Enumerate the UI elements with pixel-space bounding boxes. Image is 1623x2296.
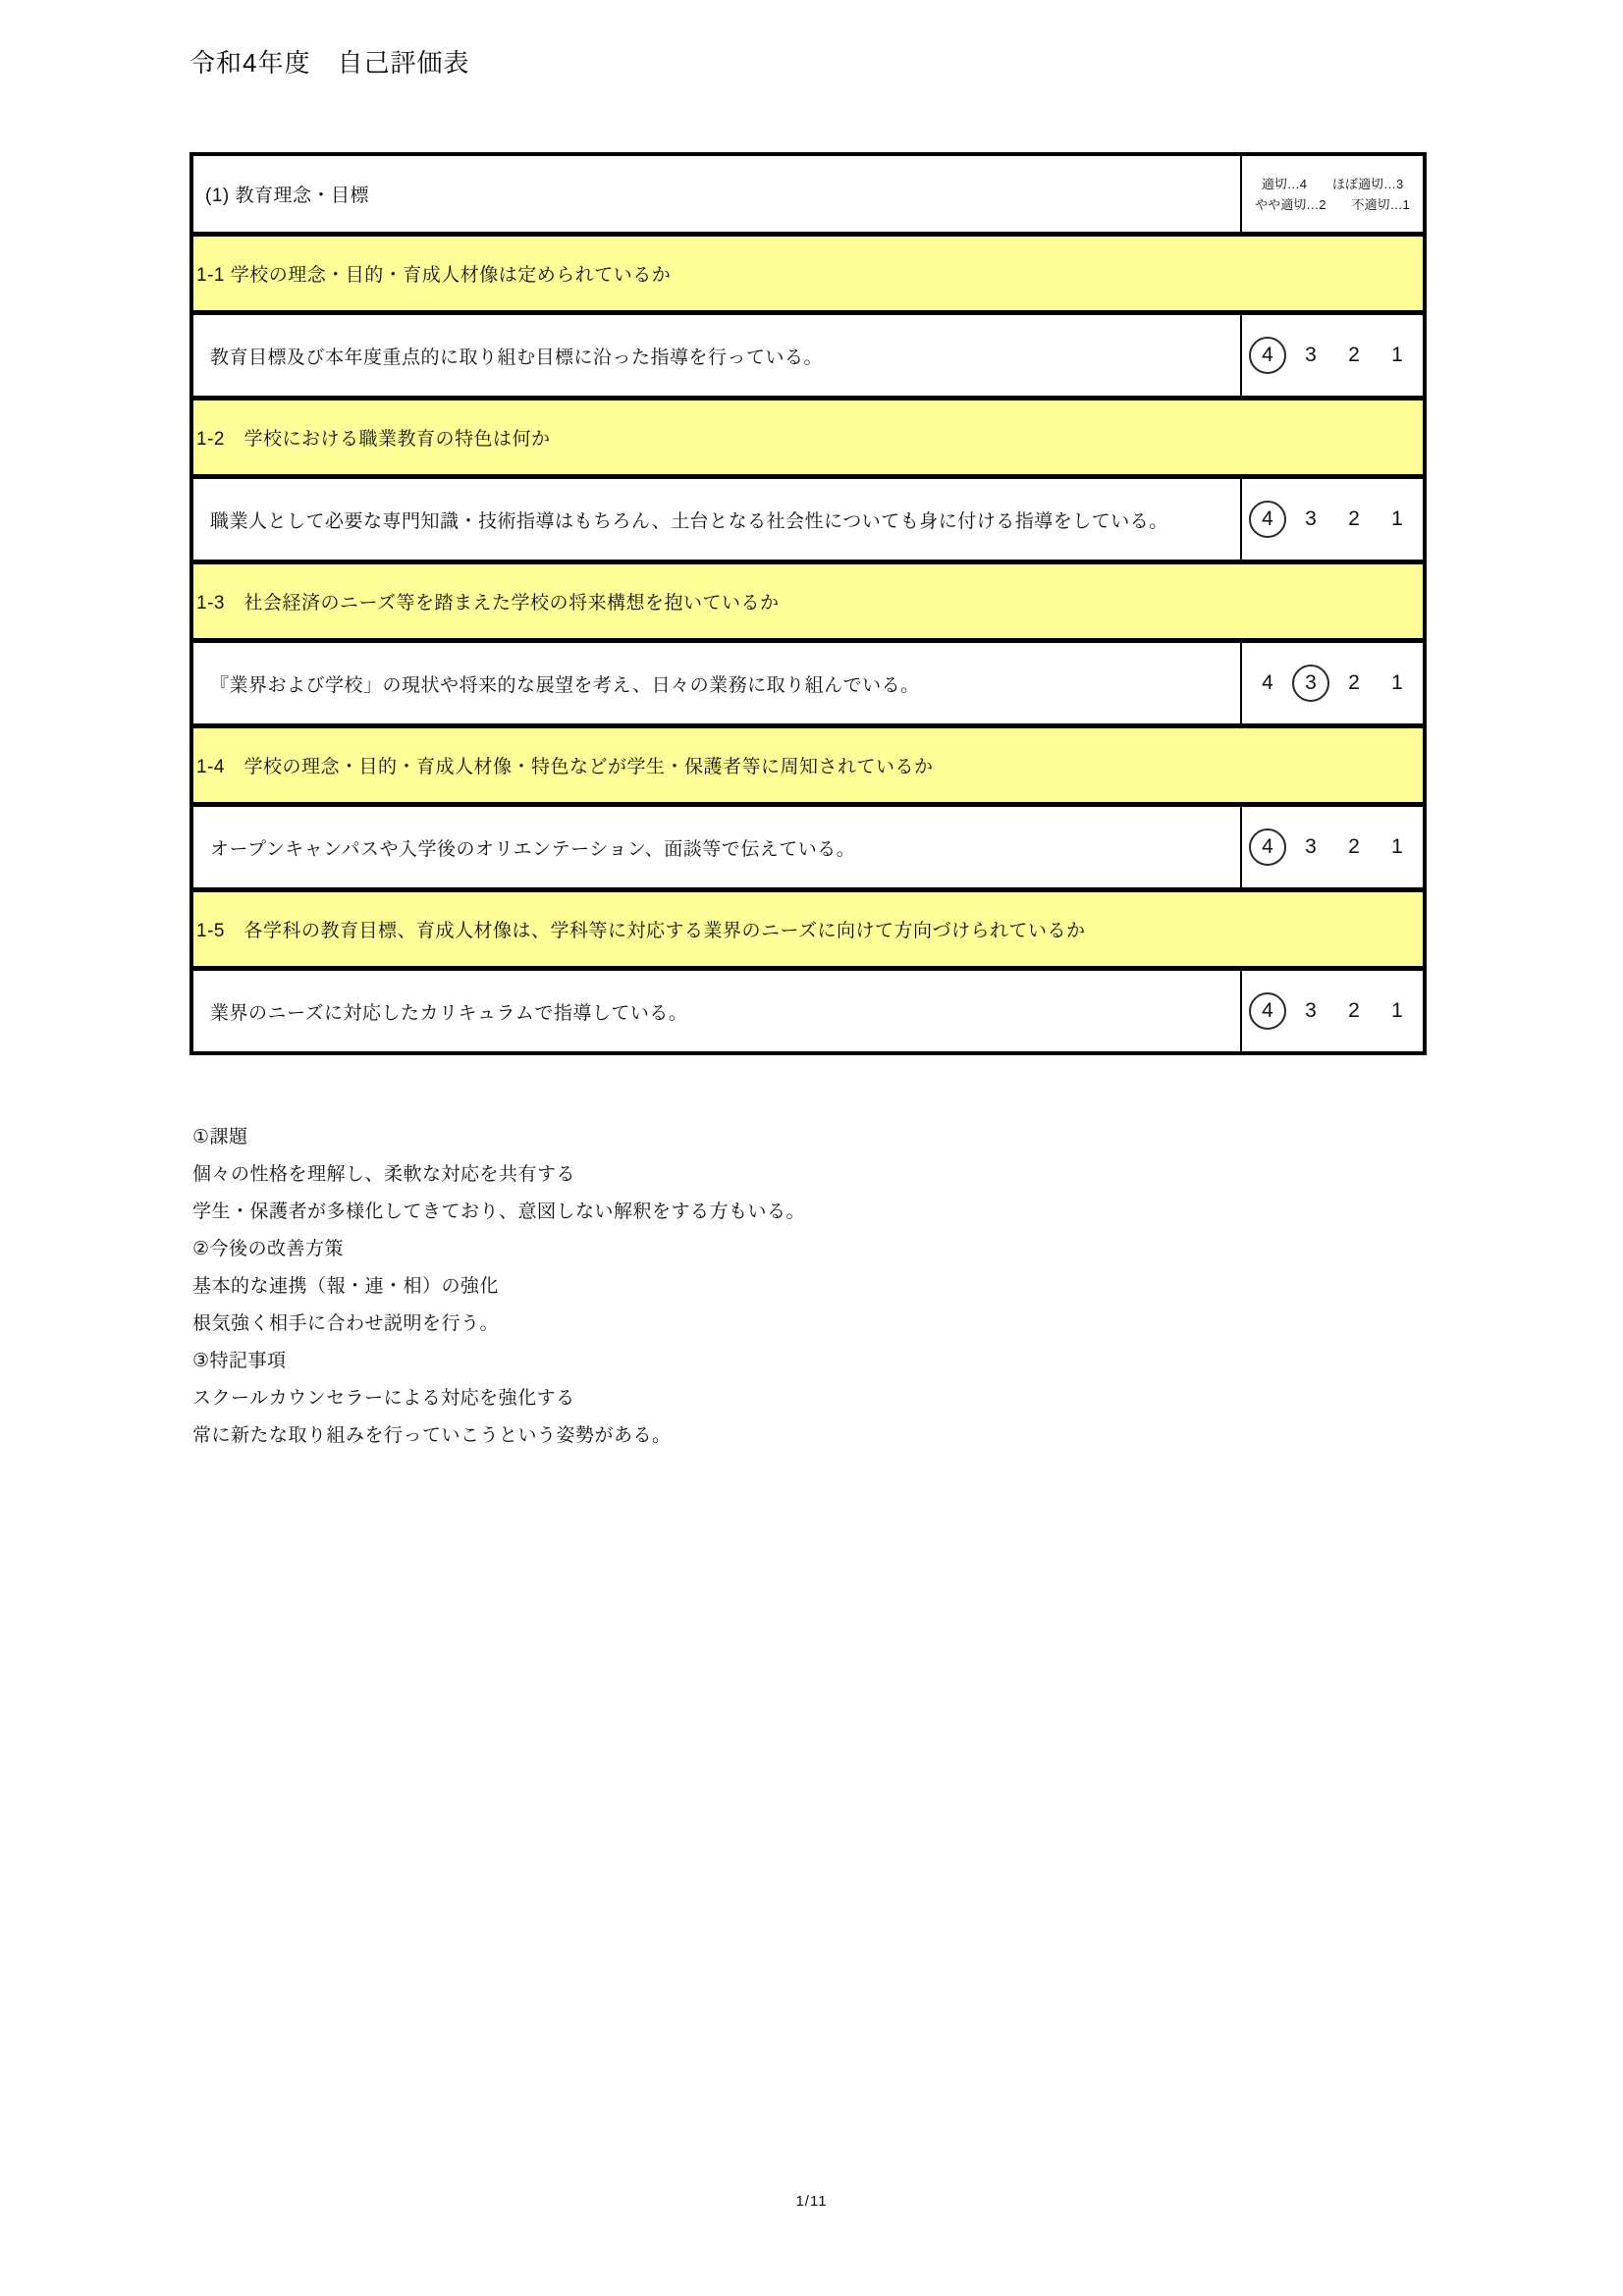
document-title: 令和4年度 自己評価表	[189, 43, 469, 80]
rating-option-3[interactable]: 3	[1292, 665, 1329, 702]
section-heading-1-3: 1-3 社会経済のニーズ等を踏まえた学校の将来構想を抱いているか	[193, 564, 1423, 638]
note-improvement-heading: ②今後の改善方策	[192, 1231, 805, 1268]
note-special-heading: ③特記事項	[192, 1343, 805, 1380]
rating-option-1[interactable]: 1	[1379, 992, 1416, 1030]
statement-row-1-5: 業界のニーズに対応したカリキュラムで指導している。 4 3 2 1	[193, 971, 1423, 1051]
rating-option-3[interactable]: 3	[1292, 337, 1329, 374]
rating-legend: 適切…4 ほぼ適切…3 やや適切…2 不適切…1	[1240, 156, 1423, 232]
statement-text-1-4: オープンキャンパスや入学後のオリエンテーション、面談等で伝えている。	[193, 807, 1240, 887]
rating-scale-1-1: 4 3 2 1	[1240, 315, 1423, 396]
section-heading-row-1-2: 1-2 学校における職業教育の特色は何か	[193, 400, 1423, 479]
rating-option-4[interactable]: 4	[1249, 337, 1286, 374]
section-heading-row-1-5: 1-5 各学科の教育目標、育成人材像は、学科等に対応する業界のニーズに向けて方向…	[193, 892, 1423, 971]
rating-option-2[interactable]: 2	[1335, 665, 1373, 702]
rating-option-1[interactable]: 1	[1379, 501, 1416, 538]
section-heading-row-1-4: 1-4 学校の理念・目的・育成人材像・特色などが学生・保護者等に周知されているか	[193, 728, 1423, 807]
rating-scale-1-2: 4 3 2 1	[1240, 479, 1423, 560]
section-heading-row-1-1: 1-1 学校の理念・目的・育成人材像は定められているか	[193, 237, 1423, 315]
section-heading-1-4: 1-4 学校の理念・目的・育成人材像・特色などが学生・保護者等に周知されているか	[193, 728, 1423, 802]
note-issues-heading: ①課題	[192, 1119, 805, 1156]
evaluation-table: (1) 教育理念・目標 適切…4 ほぼ適切…3 やや適切…2 不適切…1 1-1…	[189, 152, 1427, 1055]
rating-scale-1-3: 4 3 2 1	[1240, 643, 1423, 723]
rating-option-4[interactable]: 4	[1249, 828, 1286, 866]
section-heading-row-1-3: 1-3 社会経済のニーズ等を踏まえた学校の将来構想を抱いているか	[193, 564, 1423, 643]
section-heading-1-2: 1-2 学校における職業教育の特色は何か	[193, 400, 1423, 474]
rating-option-1[interactable]: 1	[1379, 828, 1416, 866]
note-improvement-line-2: 根気強く相手に合わせ説明を行う。	[192, 1306, 805, 1343]
table-header-row: (1) 教育理念・目標 適切…4 ほぼ適切…3 やや適切…2 不適切…1	[193, 156, 1423, 237]
statement-text-1-3: 『業界および学校」の現状や将来的な展望を考え、日々の業務に取り組んでいる。	[193, 643, 1240, 723]
note-special-line-1: スクールカウンセラーによる対応を強化する	[192, 1380, 805, 1417]
statement-row-1-2: 職業人として必要な専門知識・技術指導はもちろん、土台となる社会性についても身に付…	[193, 479, 1423, 564]
rating-option-2[interactable]: 2	[1335, 501, 1373, 538]
statement-text-1-1: 教育目標及び本年度重点的に取り組む目標に沿った指導を行っている。	[193, 315, 1240, 396]
category-title: (1) 教育理念・目標	[193, 156, 1240, 232]
statement-row-1-4: オープンキャンパスや入学後のオリエンテーション、面談等で伝えている。 4 3 2…	[193, 807, 1423, 892]
note-improvement-line-1: 基本的な連携（報・連・相）の強化	[192, 1268, 805, 1306]
notes-section: ①課題 個々の性格を理解し、柔軟な対応を共有する 学生・保護者が多様化してきてお…	[192, 1119, 805, 1455]
statement-row-1-1: 教育目標及び本年度重点的に取り組む目標に沿った指導を行っている。 4 3 2 1	[193, 315, 1423, 400]
rating-option-1[interactable]: 1	[1379, 665, 1416, 702]
note-issues-line-1: 個々の性格を理解し、柔軟な対応を共有する	[192, 1156, 805, 1194]
section-heading-1-1: 1-1 学校の理念・目的・育成人材像は定められているか	[193, 237, 1423, 310]
rating-legend-line-1: 適切…4 ほぼ適切…3	[1262, 174, 1403, 194]
note-issues-line-2: 学生・保護者が多様化してきており、意図しない解釈をする方もいる。	[192, 1194, 805, 1231]
rating-scale-1-5: 4 3 2 1	[1240, 971, 1423, 1051]
rating-option-4[interactable]: 4	[1249, 992, 1286, 1030]
rating-scale-1-4: 4 3 2 1	[1240, 807, 1423, 887]
rating-option-4[interactable]: 4	[1249, 501, 1286, 538]
rating-option-4[interactable]: 4	[1249, 665, 1286, 702]
section-heading-1-5: 1-5 各学科の教育目標、育成人材像は、学科等に対応する業界のニーズに向けて方向…	[193, 892, 1423, 966]
statement-text-1-2: 職業人として必要な専門知識・技術指導はもちろん、土台となる社会性についても身に付…	[193, 479, 1240, 560]
document-page: 令和4年度 自己評価表 (1) 教育理念・目標 適切…4 ほぼ適切…3 やや適切…	[0, 0, 1623, 2296]
rating-option-2[interactable]: 2	[1335, 992, 1373, 1030]
page-number: 1/11	[0, 2193, 1623, 2210]
rating-option-2[interactable]: 2	[1335, 828, 1373, 866]
rating-option-2[interactable]: 2	[1335, 337, 1373, 374]
statement-text-1-5: 業界のニーズに対応したカリキュラムで指導している。	[193, 971, 1240, 1051]
rating-option-1[interactable]: 1	[1379, 337, 1416, 374]
statement-row-1-3: 『業界および学校」の現状や将来的な展望を考え、日々の業務に取り組んでいる。 4 …	[193, 643, 1423, 728]
note-special-line-2: 常に新たな取り組みを行っていこうという姿勢がある。	[192, 1417, 805, 1455]
rating-option-3[interactable]: 3	[1292, 501, 1329, 538]
rating-option-3[interactable]: 3	[1292, 992, 1329, 1030]
rating-option-3[interactable]: 3	[1292, 828, 1329, 866]
rating-legend-line-2: やや適切…2 不適切…1	[1255, 194, 1409, 215]
